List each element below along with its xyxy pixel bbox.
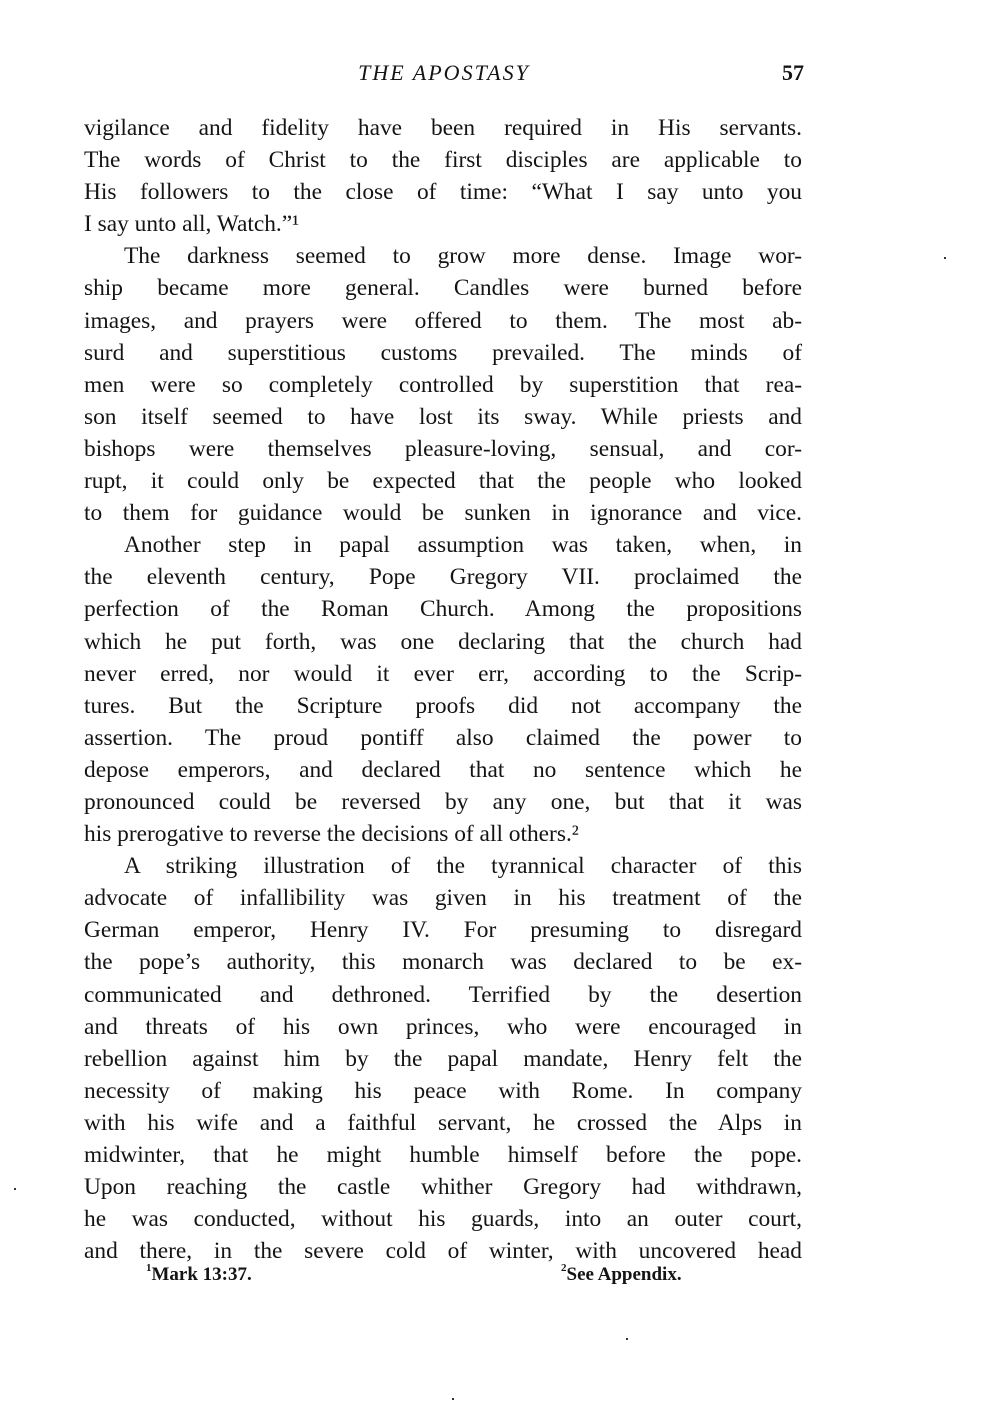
text-line: depose emperors, and declared that no se… — [84, 754, 802, 786]
page-number: 57 — [782, 60, 804, 86]
text-line: the eleventh century, Pope Gregory VII. … — [84, 561, 802, 593]
text-line: assertion. The proud pontiff also claime… — [84, 722, 802, 754]
text-line: rupt, it could only be expected that the… — [84, 465, 802, 497]
text-line: his prerogative to reverse the decisions… — [84, 818, 802, 850]
text-line: bishops were themselves pleasure-loving,… — [84, 433, 802, 465]
text-line: surd and superstitious customs prevailed… — [84, 337, 802, 369]
text-line: midwinter, that he might humble himself … — [84, 1139, 802, 1171]
text-line: and threats of his own princes, who were… — [84, 1011, 802, 1043]
body-text: vigilance and fidelity have been require… — [84, 112, 802, 1267]
paragraph: Another step in papal assumption was tak… — [84, 529, 802, 850]
text-line: The words of Christ to the first discipl… — [84, 144, 802, 176]
text-line: A striking illustration of the tyrannica… — [84, 850, 802, 882]
text-line: to them for guidance would be sunken in … — [84, 497, 802, 529]
paragraph: The darkness seemed to grow more dense. … — [84, 240, 802, 529]
footnote-2: 2See Appendix. — [561, 1262, 682, 1286]
text-line: which he put forth, was one declaring th… — [84, 626, 802, 658]
text-line: Upon reaching the castle whither Gregory… — [84, 1171, 802, 1203]
text-line: images, and prayers were offered to them… — [84, 305, 802, 337]
footnotes: 1Mark 13:37. 2See Appendix. — [84, 1262, 802, 1292]
text-line: never erred, nor would it ever err, acco… — [84, 658, 802, 690]
text-line: necessity of making his peace with Rome.… — [84, 1075, 802, 1107]
text-line: German emperor, Henry IV. For presuming … — [84, 914, 802, 946]
text-line: with his wife and a faithful servant, he… — [84, 1107, 802, 1139]
text-line: The darkness seemed to grow more dense. … — [84, 240, 802, 272]
text-line: perfection of the Roman Church. Among th… — [84, 593, 802, 625]
paragraph: A striking illustration of the tyrannica… — [84, 850, 802, 1267]
text-line: Another step in papal assumption was tak… — [84, 529, 802, 561]
text-line: vigilance and fidelity have been require… — [84, 112, 802, 144]
text-line: communicated and dethroned. Terrified by… — [84, 979, 802, 1011]
text-line: he was conducted, without his guards, in… — [84, 1203, 802, 1235]
scan-speck — [452, 1398, 454, 1400]
text-line: rebellion against him by the papal manda… — [84, 1043, 802, 1075]
scan-speck — [14, 1188, 16, 1190]
running-header: THE APOSTASY 57 — [84, 58, 804, 92]
text-line: the pope’s authority, this monarch was d… — [84, 946, 802, 978]
text-line: I say unto all, Watch.”¹ — [84, 208, 802, 240]
footnote-text: Mark 13:37. — [152, 1264, 252, 1285]
scan-speck — [626, 1338, 628, 1340]
text-line: men were so completely controlled by sup… — [84, 369, 802, 401]
footnote-1: 1Mark 13:37. — [146, 1262, 252, 1286]
text-line: His followers to the close of time: “Wha… — [84, 176, 802, 208]
paragraph: vigilance and fidelity have been require… — [84, 112, 802, 240]
text-line: advocate of infallibility was given in h… — [84, 882, 802, 914]
text-line: ship became more general. Candles were b… — [84, 272, 802, 304]
scan-speck — [944, 257, 946, 259]
running-title: THE APOSTASY — [84, 60, 804, 86]
text-line: pronounced could be reversed by any one,… — [84, 786, 802, 818]
footnote-text: See Appendix. — [567, 1264, 682, 1285]
text-line: tures. But the Scripture proofs did not … — [84, 690, 802, 722]
text-line: son itself seemed to have lost its sway.… — [84, 401, 802, 433]
